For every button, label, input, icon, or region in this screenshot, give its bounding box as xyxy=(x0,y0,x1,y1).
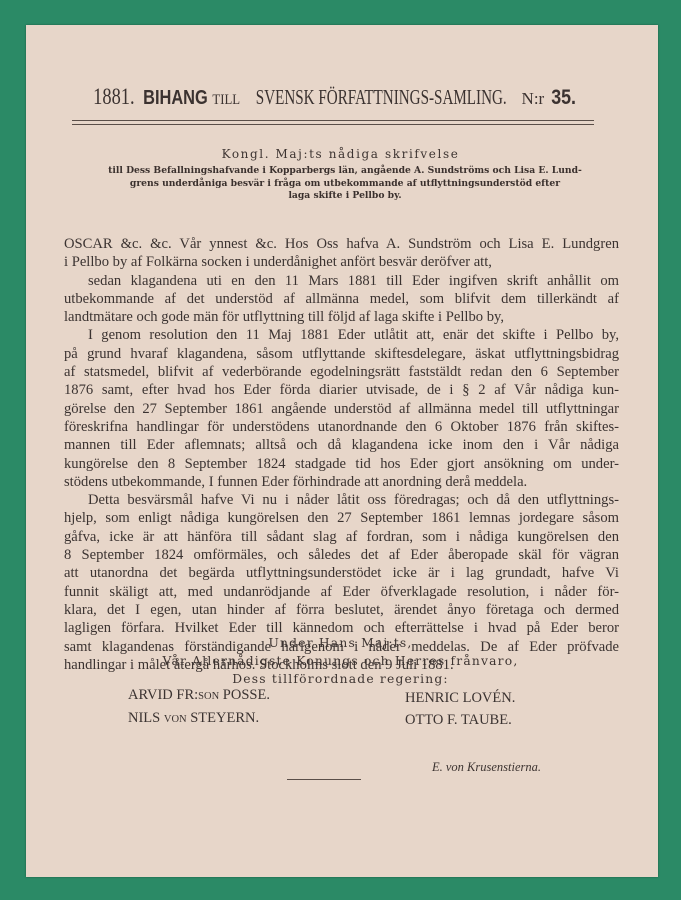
countersignature: E. von Krusenstierna. xyxy=(432,760,541,775)
document-body: OSCAR &c. &c. Vår ynnest &c. Hos Oss haf… xyxy=(64,235,619,674)
subtitle-line: laga skifte i Pellbo by. xyxy=(80,190,610,203)
body-line: görelse den 27 September 1861 angående u… xyxy=(64,400,619,418)
body-line: på grund hvaraf klagandena, såsom utflyt… xyxy=(64,345,619,363)
body-line: landtmätare och gode män för utflyttning… xyxy=(64,308,619,326)
body-line: utbekommande af det understöd af allmänn… xyxy=(64,290,619,308)
signature-taube: OTTO F. TAUBE. xyxy=(405,712,512,729)
body-line: föreskrifna handlingar för understödens … xyxy=(64,418,619,436)
signature-small-caps: SON xyxy=(198,691,219,702)
body-line: 1876 samt, efter hvad hos Eder förda dia… xyxy=(64,381,619,399)
body-line: att utanordna det begärda utflyttningsun… xyxy=(64,564,619,582)
subtitle-line: grens underdåniga besvär i fråga om utbe… xyxy=(80,178,610,191)
body-line: funnit skäligt att, med undanrödjande af… xyxy=(64,583,619,601)
signature-posse: ARVID FR:SON POSSE. xyxy=(128,687,270,704)
header-bihang: BIHANG xyxy=(143,87,208,110)
body-line: i Pellbo by af Folkärna socken i underdå… xyxy=(64,253,619,271)
header-till: TILL xyxy=(212,92,240,109)
signature-loven: HENRIC LOVÉN. xyxy=(405,690,515,707)
body-line: lagligen förfara. Hvilket Eder till känn… xyxy=(64,619,619,637)
signature-text: NILS xyxy=(128,710,164,726)
signature-text: POSSE. xyxy=(219,687,270,703)
subtitle-line: till Dess Befallningshafvande i Kopparbe… xyxy=(80,165,610,178)
signature-text: ARVID FR: xyxy=(128,687,198,703)
body-line: Detta besvärsmål hafve Vi nu i nåder låt… xyxy=(64,491,619,509)
closing-rule xyxy=(287,779,361,780)
signature-text: STEYERN. xyxy=(187,710,260,726)
body-line: kungörelse den 8 September 1824 stadgade… xyxy=(64,455,619,473)
body-line: sedan klagandena uti en den 11 Mars 1881… xyxy=(64,272,619,290)
page-header: 1881. BIHANG TILL SVENSK FÖRFATTNINGS-SA… xyxy=(72,84,594,118)
header-number-prefix: N:r xyxy=(522,89,545,109)
closing-line: Dess tillförordnade regering: xyxy=(0,672,681,686)
header-double-rule xyxy=(72,120,594,125)
body-line: hjelp, som enligt nådiga kungörelsen den… xyxy=(64,509,619,527)
closing-line: Vår Allernådigste Konungs och Herres frå… xyxy=(0,654,681,668)
body-line: OSCAR &c. &c. Vår ynnest &c. Hos Oss haf… xyxy=(64,235,619,253)
signature-small-caps: VON xyxy=(164,714,187,725)
body-line: 8 September 1824 omförmäles, och således… xyxy=(64,546,619,564)
signature-steyern: NILS VON STEYERN. xyxy=(128,710,259,727)
closing-line: Under Hans Maj:ts, xyxy=(0,636,681,650)
header-number: 35. xyxy=(551,86,576,110)
body-line: stödens utbekommande, I funnen Eder förh… xyxy=(64,473,619,491)
body-line: gåfva, icke är att hänföra till sådant s… xyxy=(64,528,619,546)
body-line: af statsmedel, blifvit af vederbörande e… xyxy=(64,363,619,381)
body-line: klara, det I egen, utan hinder af förra … xyxy=(64,601,619,619)
document-subtitle: till Dess Befallningshafvande i Kopparbe… xyxy=(80,165,610,203)
header-year: 1881. xyxy=(93,84,134,110)
body-line: mannen till Eder aflemnats; alltså och d… xyxy=(64,436,619,454)
body-line: I genom resolution den 11 Maj 1881 Eder … xyxy=(64,326,619,344)
header-collection: SVENSK FÖRFATTNINGS-SAMLING. xyxy=(255,85,506,110)
document-title: Kongl. Maj:ts nådiga skrifvelse xyxy=(0,147,681,161)
